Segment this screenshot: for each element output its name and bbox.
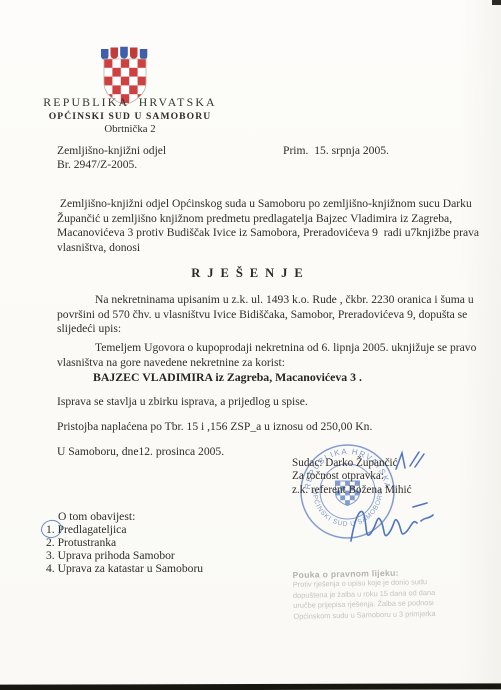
country-name: REPUBLIKA HRVATSKA	[40, 95, 220, 110]
decision-line: Na nekretninama upisanim u z.k. ul. 1493…	[57, 293, 469, 308]
scan-bottom-edge	[0, 683, 501, 690]
scan-corner-artifact	[492, 0, 501, 5]
decision-paragraph: Na nekretninama upisanim u z.k. ul. 1493…	[57, 293, 469, 337]
court-header: REPUBLIKA HRVATSKA OPĆINSKI SUD U SAMOBO…	[40, 95, 220, 135]
received-date-stamp: Prim. 15. srpnja 2005.	[283, 144, 389, 159]
case-number: Br. 2947/Z-2005.	[57, 158, 137, 173]
intro-line: Zemljišno-knjižni odjel Općinskog suda u…	[57, 197, 469, 212]
beneficiary-name: BAJZEC VLADIMIRA iz Zagreba, Macanovićev…	[93, 370, 362, 385]
basis-line: Temeljem Ugovora o kupoprodaji nekretnin…	[57, 341, 469, 356]
notify-item: 4. Uprava za katastar u Samoboru	[46, 562, 306, 577]
place-and-date: U Samoboru, dne12. prosinca 2005.	[57, 445, 224, 460]
court-name: OPĆINSKI SUD U SAMOBORU	[40, 111, 220, 122]
intro-line: Macanovićeva 3 protiv Budiščak Ivice iz …	[57, 226, 469, 241]
referent-ink-signature	[347, 495, 439, 549]
court-address: Obrtnička 2	[40, 123, 220, 135]
basis-line: vlasništva na gore navedene nekretnine z…	[57, 356, 469, 371]
document-title: RJEŠENJE	[0, 266, 501, 281]
decision-line: površini od 570 čhv. u vlasništvu Ivice …	[57, 308, 469, 323]
fee-note: Pristojba naplaćena po Tbr. 15 i ,156 ZS…	[57, 420, 372, 435]
basis-paragraph: Temeljem Ugovora o kupoprodaji nekretnin…	[57, 341, 469, 370]
intro-line: Župančić u zemljišno knjižnom predmetu p…	[57, 212, 469, 227]
legal-remedy-stamp: Pouka o pravnom lijeku: Protiv rješenja …	[292, 566, 478, 622]
filing-note: Isprava se stavlja u zbirku isprava, a p…	[57, 395, 308, 410]
intro-line: vlasništva, donosi	[57, 241, 469, 256]
judge-ink-initials	[393, 449, 431, 477]
decision-line: slijedeći upis:	[57, 322, 469, 337]
scanned-court-decision-page: REPUBLIKA HRVATSKA OPĆINSKI SUD U SAMOBO…	[0, 0, 501, 690]
scan-shading	[461, 0, 501, 690]
department-label: Zemljišno-knjižni odjel	[57, 144, 166, 159]
intro-paragraph: Zemljišno-knjižni odjel Općinskog suda u…	[57, 197, 469, 255]
